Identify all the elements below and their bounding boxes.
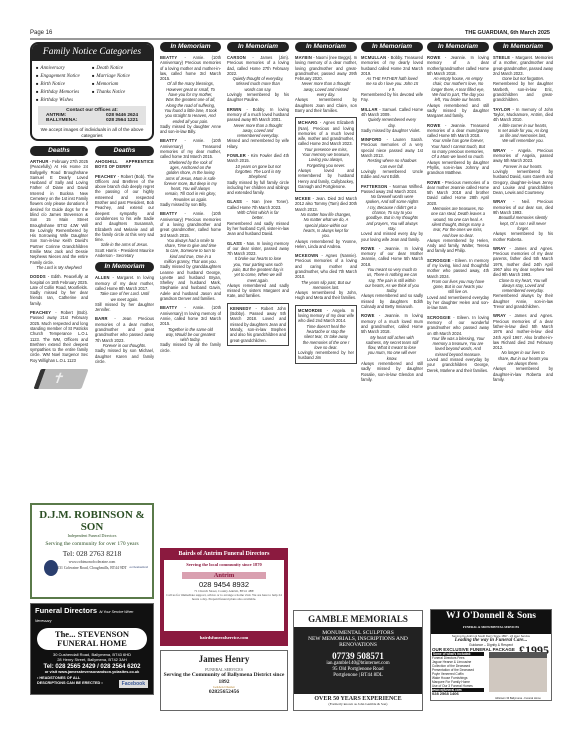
ad-wj-odonnell: WJ O'Donnell & SonsFUNERAL & MONUMENTAL … xyxy=(430,609,552,701)
funeral-home-photo: Hillstown 33 Ballymena - Funeral Home xyxy=(489,652,547,692)
notice: TAYLOR - In memory of John Taylor, Mucka… xyxy=(493,107,553,144)
notice: AHOGHILL APPRENTICE BOYS OF DERRY xyxy=(95,159,154,170)
section-banner-memoriam: In Memoriam xyxy=(493,42,553,52)
notice-boxed: KENNEDY - Robert John (Bobby). Passed aw… xyxy=(227,303,289,346)
section-banner-memoriam: In Memoriam xyxy=(427,42,489,52)
ad-djm-robinson: D.J.M. ROBINSON & SON Independent Funera… xyxy=(30,503,154,599)
notice-boxed: MCMORDIE - Angela. In loving memory of m… xyxy=(295,305,357,364)
section-banner-memoriam: In Memoriam xyxy=(227,42,289,52)
column-7: In Memoriam ROWE - Jeannie. In loving me… xyxy=(427,42,489,377)
family-notice-categories: Family Notice Categories Anniversary Dea… xyxy=(30,42,154,141)
notice: PATTERSON - Norman Wilfred. Passed away … xyxy=(361,184,423,242)
section-banner-memoriam: In Memoriam xyxy=(95,262,154,272)
notice: WRAY - Neil. Precious memories of our de… xyxy=(493,199,553,241)
notice: ROWE - Jeannie. Treasured memories of a … xyxy=(427,123,489,176)
crest-icon xyxy=(44,560,58,576)
notice: BARR - Jean Precious memories of a dear … xyxy=(95,316,154,364)
column-8: In Memoriam STEELE - Margaret. Memories … xyxy=(493,42,553,386)
section-banner-deaths: Deaths xyxy=(95,146,154,156)
images-note: We accept images of individuals in all o… xyxy=(32,125,152,140)
notice: ROWE - Jeannie. In loving memory of our … xyxy=(361,246,423,310)
section-banner-memoriam: In Memoriam xyxy=(361,42,423,52)
notice: BEATTY - Annie. (10th Anniversary) Treas… xyxy=(160,138,221,207)
category-item: Birthday Memories xyxy=(36,88,92,96)
notice: GLASS - Nan (nee Toner). Called Home 7th… xyxy=(227,199,289,236)
notice: MILLAR - Samuel. Called Home 4th March 2… xyxy=(361,107,423,133)
notice: PEACHEY - Robert (Bob). The Officers and… xyxy=(95,174,154,259)
notice: MINFORD - Lauren Sarah. Precious memorie… xyxy=(361,137,423,179)
notice-boxed: MCHARG - Agnes Elizabeth (Nan). Precious… xyxy=(295,117,357,192)
notice: ERWIN - Bobby. In loving memory of a muc… xyxy=(227,107,289,149)
notice: FOWLER - Kim Fowler died 4th March 2015.… xyxy=(227,153,289,195)
category-item: Birth Notice xyxy=(36,80,92,88)
notice: WRAY - Angela. Precious memories of Ange… xyxy=(493,148,553,196)
notice: MCKEOWN - Agnes (Nannie). Precious memor… xyxy=(295,253,357,301)
section-banner-memoriam: In Memoriam xyxy=(295,42,357,52)
notice: ROWE - Jeannie. In loving memory of a mu… xyxy=(361,313,423,382)
column-5: In Memoriam MAYBIN - Naomi (nee Beggs). … xyxy=(295,42,357,368)
ecclesiastical-logo: ecclesiastical xyxy=(130,565,148,569)
notice: MAYBIN - Naomi (nee Beggs). In loving me… xyxy=(295,55,357,113)
publication-date: THE GUARDIAN, 6th March 2025 xyxy=(465,30,550,36)
notice: WRAY - James and Agnes. Precious memorie… xyxy=(493,313,553,382)
notice: BEATTY - Annie. (10th Anniversary) Preci… xyxy=(160,55,221,134)
contact-offices: Contact our Offices at: ANTRIM:028 9446 … xyxy=(38,106,146,125)
category-list: Anniversary Death Notice Engagement Noti… xyxy=(32,61,152,104)
notice: PEACHEY - Robert (Bob). Passed away 21st… xyxy=(30,310,88,363)
ad-james-henry: James Henry FUNERAL SERVICES Serving the… xyxy=(160,650,288,711)
page-number: Page 16 xyxy=(30,30,52,36)
notice: CARSON - James (Jim). Precious memories … xyxy=(227,55,289,103)
notice: ROWE - Precious memories of a dear mothe… xyxy=(427,180,489,254)
category-item: Birthday Wishes xyxy=(36,96,92,104)
section-banner-deaths: Deaths xyxy=(30,146,88,156)
column-1: Deaths ARTHUR - February 27th 2025 (Peac… xyxy=(30,146,88,396)
facebook-icon: Facebook xyxy=(119,680,148,688)
package-includes: Some of what's included: Funeral Directo… xyxy=(432,652,484,696)
notice: GLASS - Nan. In loving memory of our dea… xyxy=(227,241,289,299)
column-3: In Memoriam BEATTY - Annie. (10th Annive… xyxy=(160,42,221,357)
bible-cross-icon: ✝ xyxy=(31,367,87,393)
ad-bairds-of-antrim: Bairds of Antrim Funeral Directors Servi… xyxy=(160,548,288,646)
notice: BEATTY - Annie. (10th Anniversary) In lo… xyxy=(160,305,221,353)
notice: ARTHUR - February 27th 2025 (Peacefully)… xyxy=(30,159,88,270)
category-item: Thanks Notice xyxy=(92,88,148,96)
notice: BEATTY - Annie. (10th Anniversary) Preci… xyxy=(160,211,221,301)
section-banner-memoriam: In Memoriam xyxy=(160,42,221,52)
notice: DODDS - Edith. Peacefully at hospital on… xyxy=(30,274,88,306)
category-item: Marriage Notice xyxy=(92,72,148,80)
ad-stevenson-funeral-home: Funeral Directors At Your Service When N… xyxy=(30,603,154,695)
notice: MCMULLAN - Bobby. Treasured memories of … xyxy=(361,55,423,103)
ad-gamble-memorials: GAMBLE MEMORIALS MONUMENTAL SCULPTORS NE… xyxy=(293,610,423,711)
notice: SCROGGIE - Eileen. In loving memory of o… xyxy=(427,315,489,373)
notice: MCKEE - Jean. Died 3rd March 2012 also T… xyxy=(295,196,357,249)
notice: WRAY - James and Agnes. Precious memorie… xyxy=(493,246,553,310)
notice: ALLEN - Margaret. In loving memory of my… xyxy=(95,275,154,312)
column-4: In Memoriam CARSON - James (Jim). Precio… xyxy=(227,42,289,350)
column-2: Deaths AHOGHILL APPRENTICE BOYS OF DERRY… xyxy=(95,146,154,368)
category-item: Death Notice xyxy=(92,64,148,72)
notice: ROWE - Jeannie. In loving memory of a de… xyxy=(427,55,489,119)
notice: STEELE - Margaret. Memories of a mother,… xyxy=(493,55,553,103)
category-item: Anniversary xyxy=(36,64,92,72)
categories-title: Family Notice Categories xyxy=(32,44,152,61)
header-rule xyxy=(30,38,550,40)
notice: SCROGGIE - Eileen. In memory of my lovin… xyxy=(427,258,489,311)
column-6: In Memoriam MCMULLAN - Bobby. Treasured … xyxy=(361,42,423,386)
category-item: Memoriam xyxy=(92,80,148,88)
office-ballymena: BALLYMENA:028 2564 1221 xyxy=(46,118,138,123)
category-item: Engagement Notice xyxy=(36,72,92,80)
